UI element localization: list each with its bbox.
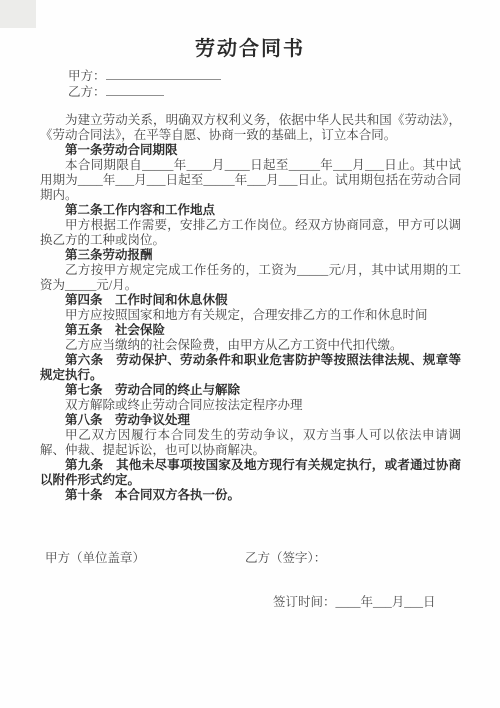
article-9-heading: 第九条 其他未尽事项按国家及地方现行有关规定执行，或者通过协商以附件形式约定。	[40, 458, 461, 488]
party-b-blank	[106, 84, 164, 96]
article-4-body: 甲方应按照国家和地方有关规定，合理安排乙方的工作和休息时间	[40, 308, 461, 323]
article-5: 第五条 社会保险 乙方应当缴纳的社会保险费，由甲方从乙方工资中代扣代缴。	[40, 323, 461, 353]
article-10: 第十条 本合同双方各执一份。	[40, 488, 461, 503]
article-9: 第九条 其他未尽事项按国家及地方现行有关规定执行，或者通过协商以附件形式约定。	[40, 458, 461, 488]
party-header: 甲方： 乙方：	[0, 61, 500, 100]
signature-row: 甲方（单位盖章） 乙方（签字）：	[0, 550, 500, 566]
article-6: 第六条 劳动保护、劳动条件和职业危害防护等按照法律法规、规章等规定执行。	[40, 353, 461, 383]
article-4-heading: 第四条 工作时间和休息休假	[40, 293, 461, 308]
contract-body: 为建立劳动关系，明确双方权利义务，依据中华人民共和国《劳动法》，《劳动合同法》，…	[0, 100, 500, 503]
contract-document: 劳动合同书 甲方： 乙方： 为建立劳动关系，明确双方权利义务，依据中华人民共和国…	[0, 0, 500, 708]
article-5-heading: 第五条 社会保险	[40, 323, 461, 338]
party-b-label: 乙方：	[68, 85, 106, 99]
article-8: 第八条 劳动争议处理 甲乙双方因履行本合同发生的劳动争议，双方当事人可以依法申请…	[40, 413, 461, 458]
article-1-body: 本合同期限自_____年____月____日起至_____年___月___日止。…	[40, 158, 461, 203]
article-2-body: 甲方根据工作需要，安排乙方工作岗位。经双方协商同意，甲方可以调换乙方的工种或岗位…	[40, 218, 461, 248]
article-7-heading: 第七条 劳动合同的终止与解除	[40, 383, 461, 398]
article-7-body: 双方解除或终止劳动合同应按法定程序办理	[40, 398, 461, 413]
article-6-heading: 第六条 劳动保护、劳动条件和职业危害防护等按照法律法规、规章等规定执行。	[40, 353, 461, 383]
signature-party-b: 乙方（签字）：	[245, 550, 326, 566]
sign-date-row: 签订时间：____年___月___日	[0, 594, 500, 610]
article-2-heading: 第二条工作内容和工作地点	[40, 203, 461, 218]
article-5-body: 乙方应当缴纳的社会保险费，由甲方从乙方工资中代扣代缴。	[40, 338, 461, 353]
party-b-line: 乙方：	[68, 84, 500, 100]
party-a-blank	[106, 68, 221, 80]
page-title: 劳动合同书	[0, 0, 500, 61]
signature-party-a: 甲方（单位盖章）	[45, 550, 145, 566]
article-3-heading: 第三条劳动报酬	[40, 248, 461, 263]
article-1-heading: 第一条劳动合同期限	[40, 143, 461, 158]
article-7: 第七条 劳动合同的终止与解除 双方解除或终止劳动合同应按法定程序办理	[40, 383, 461, 413]
article-8-heading: 第八条 劳动争议处理	[40, 413, 461, 428]
article-3: 第三条劳动报酬 乙方按甲方规定完成工作任务的，工资为_____元/月，其中试用期…	[40, 248, 461, 293]
article-4: 第四条 工作时间和休息休假 甲方应按照国家和地方有关规定，合理安排乙方的工作和休…	[40, 293, 461, 323]
article-8-body: 甲乙双方因履行本合同发生的劳动争议，双方当事人可以依法申请调解、仲裁、提起诉讼，…	[40, 428, 461, 458]
party-a-line: 甲方：	[68, 68, 500, 84]
article-2: 第二条工作内容和工作地点 甲方根据工作需要，安排乙方工作岗位。经双方协商同意，甲…	[40, 203, 461, 248]
scan-artifact	[0, 0, 36, 28]
article-10-heading: 第十条 本合同双方各执一份。	[40, 488, 461, 503]
intro-paragraph: 为建立劳动关系，明确双方权利义务，依据中华人民共和国《劳动法》，《劳动合同法》，…	[40, 113, 461, 143]
article-3-body: 乙方按甲方规定完成工作任务的，工资为_____元/月，其中试用期的工资为____…	[40, 263, 461, 293]
sign-date-line: 签订时间：____年___月___日	[273, 595, 436, 609]
party-a-label: 甲方：	[68, 69, 106, 83]
article-1: 第一条劳动合同期限 本合同期限自_____年____月____日起至_____年…	[40, 143, 461, 203]
